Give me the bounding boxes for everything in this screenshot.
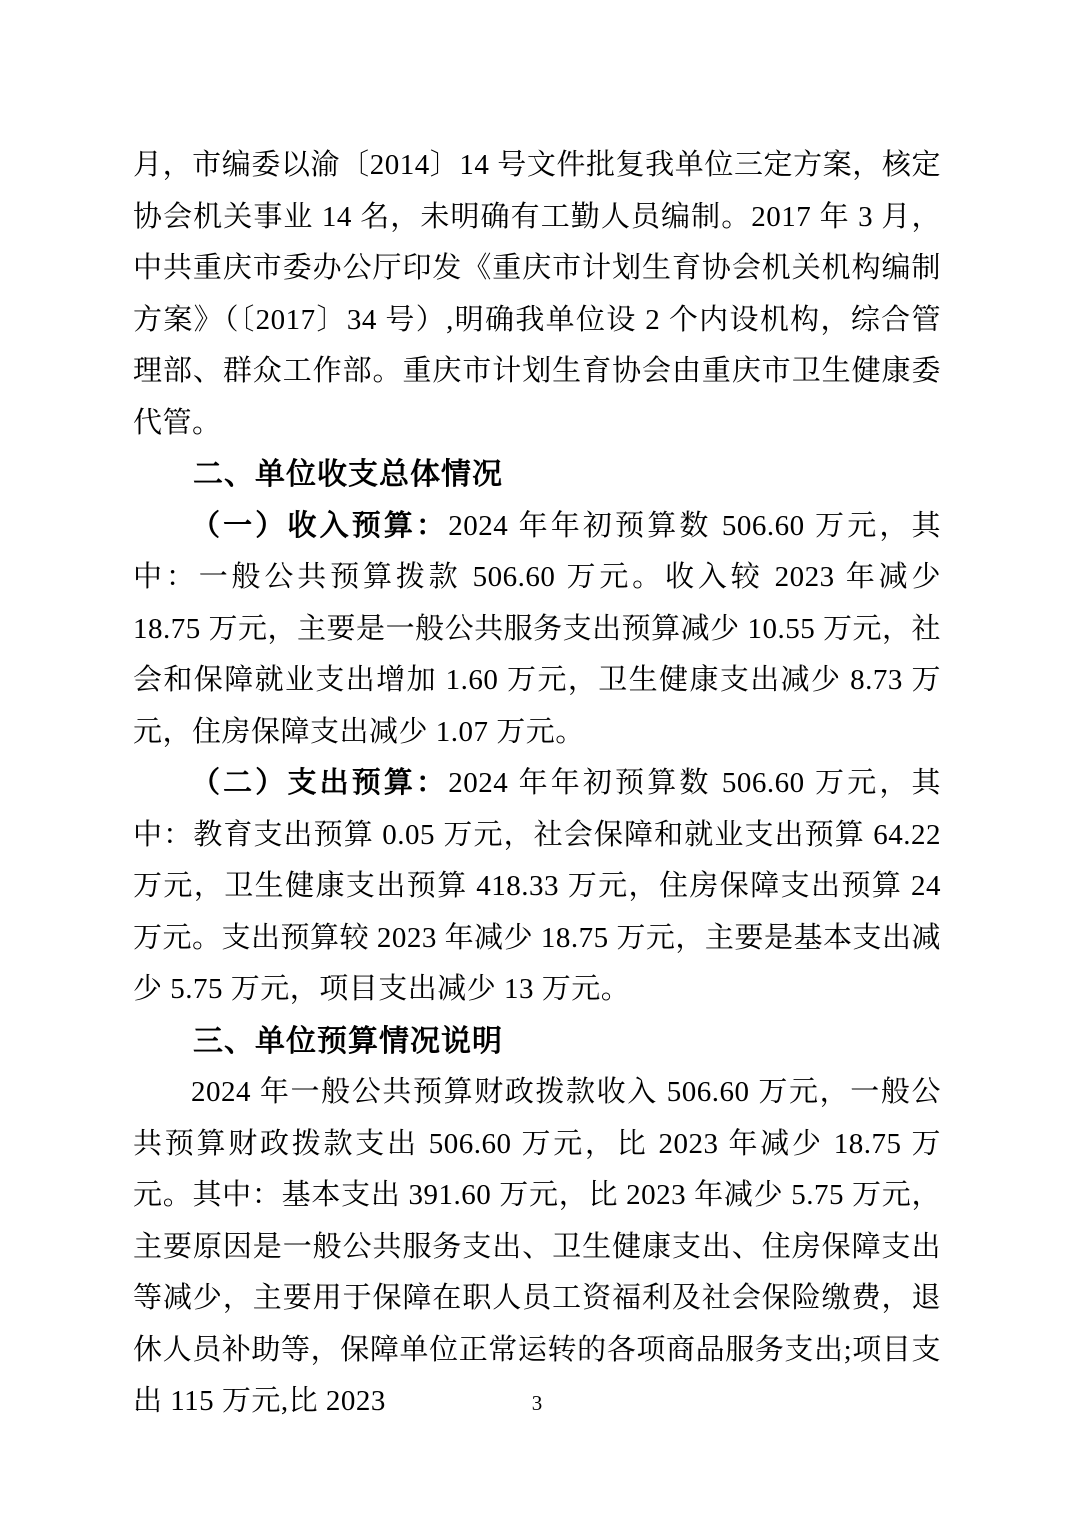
section-heading-budget-explanation: 三、单位预算情况说明 (133, 1016, 941, 1068)
income-budget-text: 2024 年年初预算数 506.60 万元，其中：一般公共预算拨款 506.60… (133, 510, 941, 748)
income-budget-lead: （一）收入预算： (191, 510, 448, 542)
expense-budget-lead: （二）支出预算： (191, 767, 448, 799)
paragraph-expense-budget: （二）支出预算：2024 年年初预算数 506.60 万元，其中：教育支出预算 … (133, 758, 941, 1016)
document-content: 月，市编委以渝〔2014〕14 号文件批复我单位三定方案，核定协会机关事业 14… (133, 140, 941, 1428)
page-number: 3 (0, 1391, 1074, 1415)
paragraph-org-history: 月，市编委以渝〔2014〕14 号文件批复我单位三定方案，核定协会机关事业 14… (133, 140, 941, 449)
document-page: 月，市编委以渝〔2014〕14 号文件批复我单位三定方案，核定协会机关事业 14… (0, 0, 1074, 1520)
paragraph-budget-explanation: 2024 年一般公共预算财政拨款收入 506.60 万元，一般公共预算财政拨款支… (133, 1067, 941, 1428)
section-heading-income-expense-overview: 二、单位收支总体情况 (133, 449, 941, 501)
expense-budget-text: 2024 年年初预算数 506.60 万元，其中：教育支出预算 0.05 万元，… (133, 767, 941, 1005)
paragraph-income-budget: （一）收入预算：2024 年年初预算数 506.60 万元，其中：一般公共预算拨… (133, 501, 941, 759)
